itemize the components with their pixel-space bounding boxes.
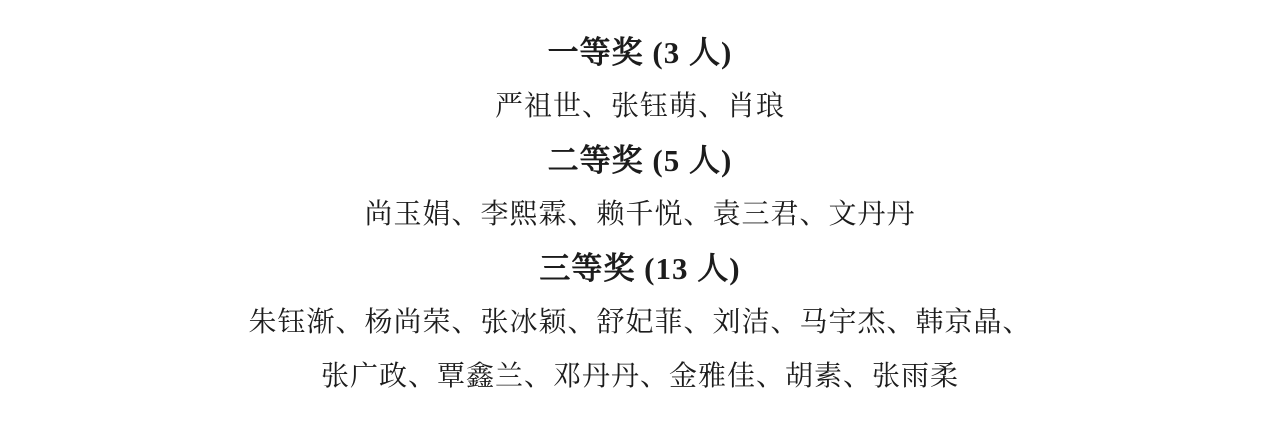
first-prize-names: 严祖世、张钰萌、肖琅 — [0, 80, 1280, 134]
award-list-page: 一等奖 (3 人) 严祖世、张钰萌、肖琅 二等奖 (5 人) 尚玉娟、李熙霖、赖… — [0, 0, 1280, 432]
section-third-prize: 三等奖 (13 人) 朱钰渐、杨尚荣、张冰颖、舒妃菲、刘洁、马宇杰、韩京晶、 张… — [0, 242, 1280, 404]
third-prize-names-line-2: 张广政、覃鑫兰、邓丹丹、金雅佳、胡素、张雨柔 — [0, 350, 1280, 404]
section-second-prize: 二等奖 (5 人) 尚玉娟、李熙霖、赖千悦、袁三君、文丹丹 — [0, 134, 1280, 242]
second-prize-names: 尚玉娟、李熙霖、赖千悦、袁三君、文丹丹 — [0, 188, 1280, 242]
second-prize-heading: 二等奖 (5 人) — [0, 134, 1280, 188]
first-prize-heading: 一等奖 (3 人) — [0, 26, 1280, 80]
section-first-prize: 一等奖 (3 人) 严祖世、张钰萌、肖琅 — [0, 26, 1280, 134]
third-prize-names-line-1: 朱钰渐、杨尚荣、张冰颖、舒妃菲、刘洁、马宇杰、韩京晶、 — [0, 296, 1280, 350]
third-prize-heading: 三等奖 (13 人) — [0, 242, 1280, 296]
award-document: 一等奖 (3 人) 严祖世、张钰萌、肖琅 二等奖 (5 人) 尚玉娟、李熙霖、赖… — [0, 0, 1280, 404]
